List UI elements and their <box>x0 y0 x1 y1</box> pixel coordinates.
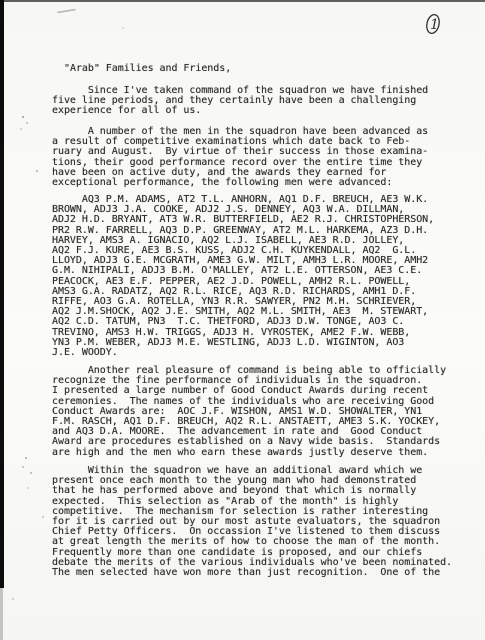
paragraph-good-conduct-awards: Another real pleasure of command is bein… <box>52 366 446 458</box>
paragraph-advancements: A number of the men in the squadron have… <box>52 127 428 188</box>
greeting-line: "Arab" Families and Friends, <box>64 64 231 74</box>
scan-edge-left <box>0 0 4 588</box>
scan-edge-left-fade <box>0 588 3 640</box>
paragraph-intro: Since I've taken command of the squadron… <box>52 86 428 117</box>
paper-specks <box>0 0 2 2</box>
scanned-letter-page: 1 "Arab" Families and Friends, Since I'v… <box>0 0 485 640</box>
page-number: 1 <box>430 17 439 33</box>
scan-edge-top <box>0 0 485 2</box>
page-number-circle-icon: 1 <box>421 8 445 38</box>
pencil-mark <box>57 9 76 14</box>
paragraph-arab-of-the-month: Within the squadron we have an additiona… <box>52 466 452 578</box>
advanced-names-list: AQ3 P.M. ADAMS, AT2 T.L. ANHORN, AQ1 D.F… <box>52 195 434 358</box>
